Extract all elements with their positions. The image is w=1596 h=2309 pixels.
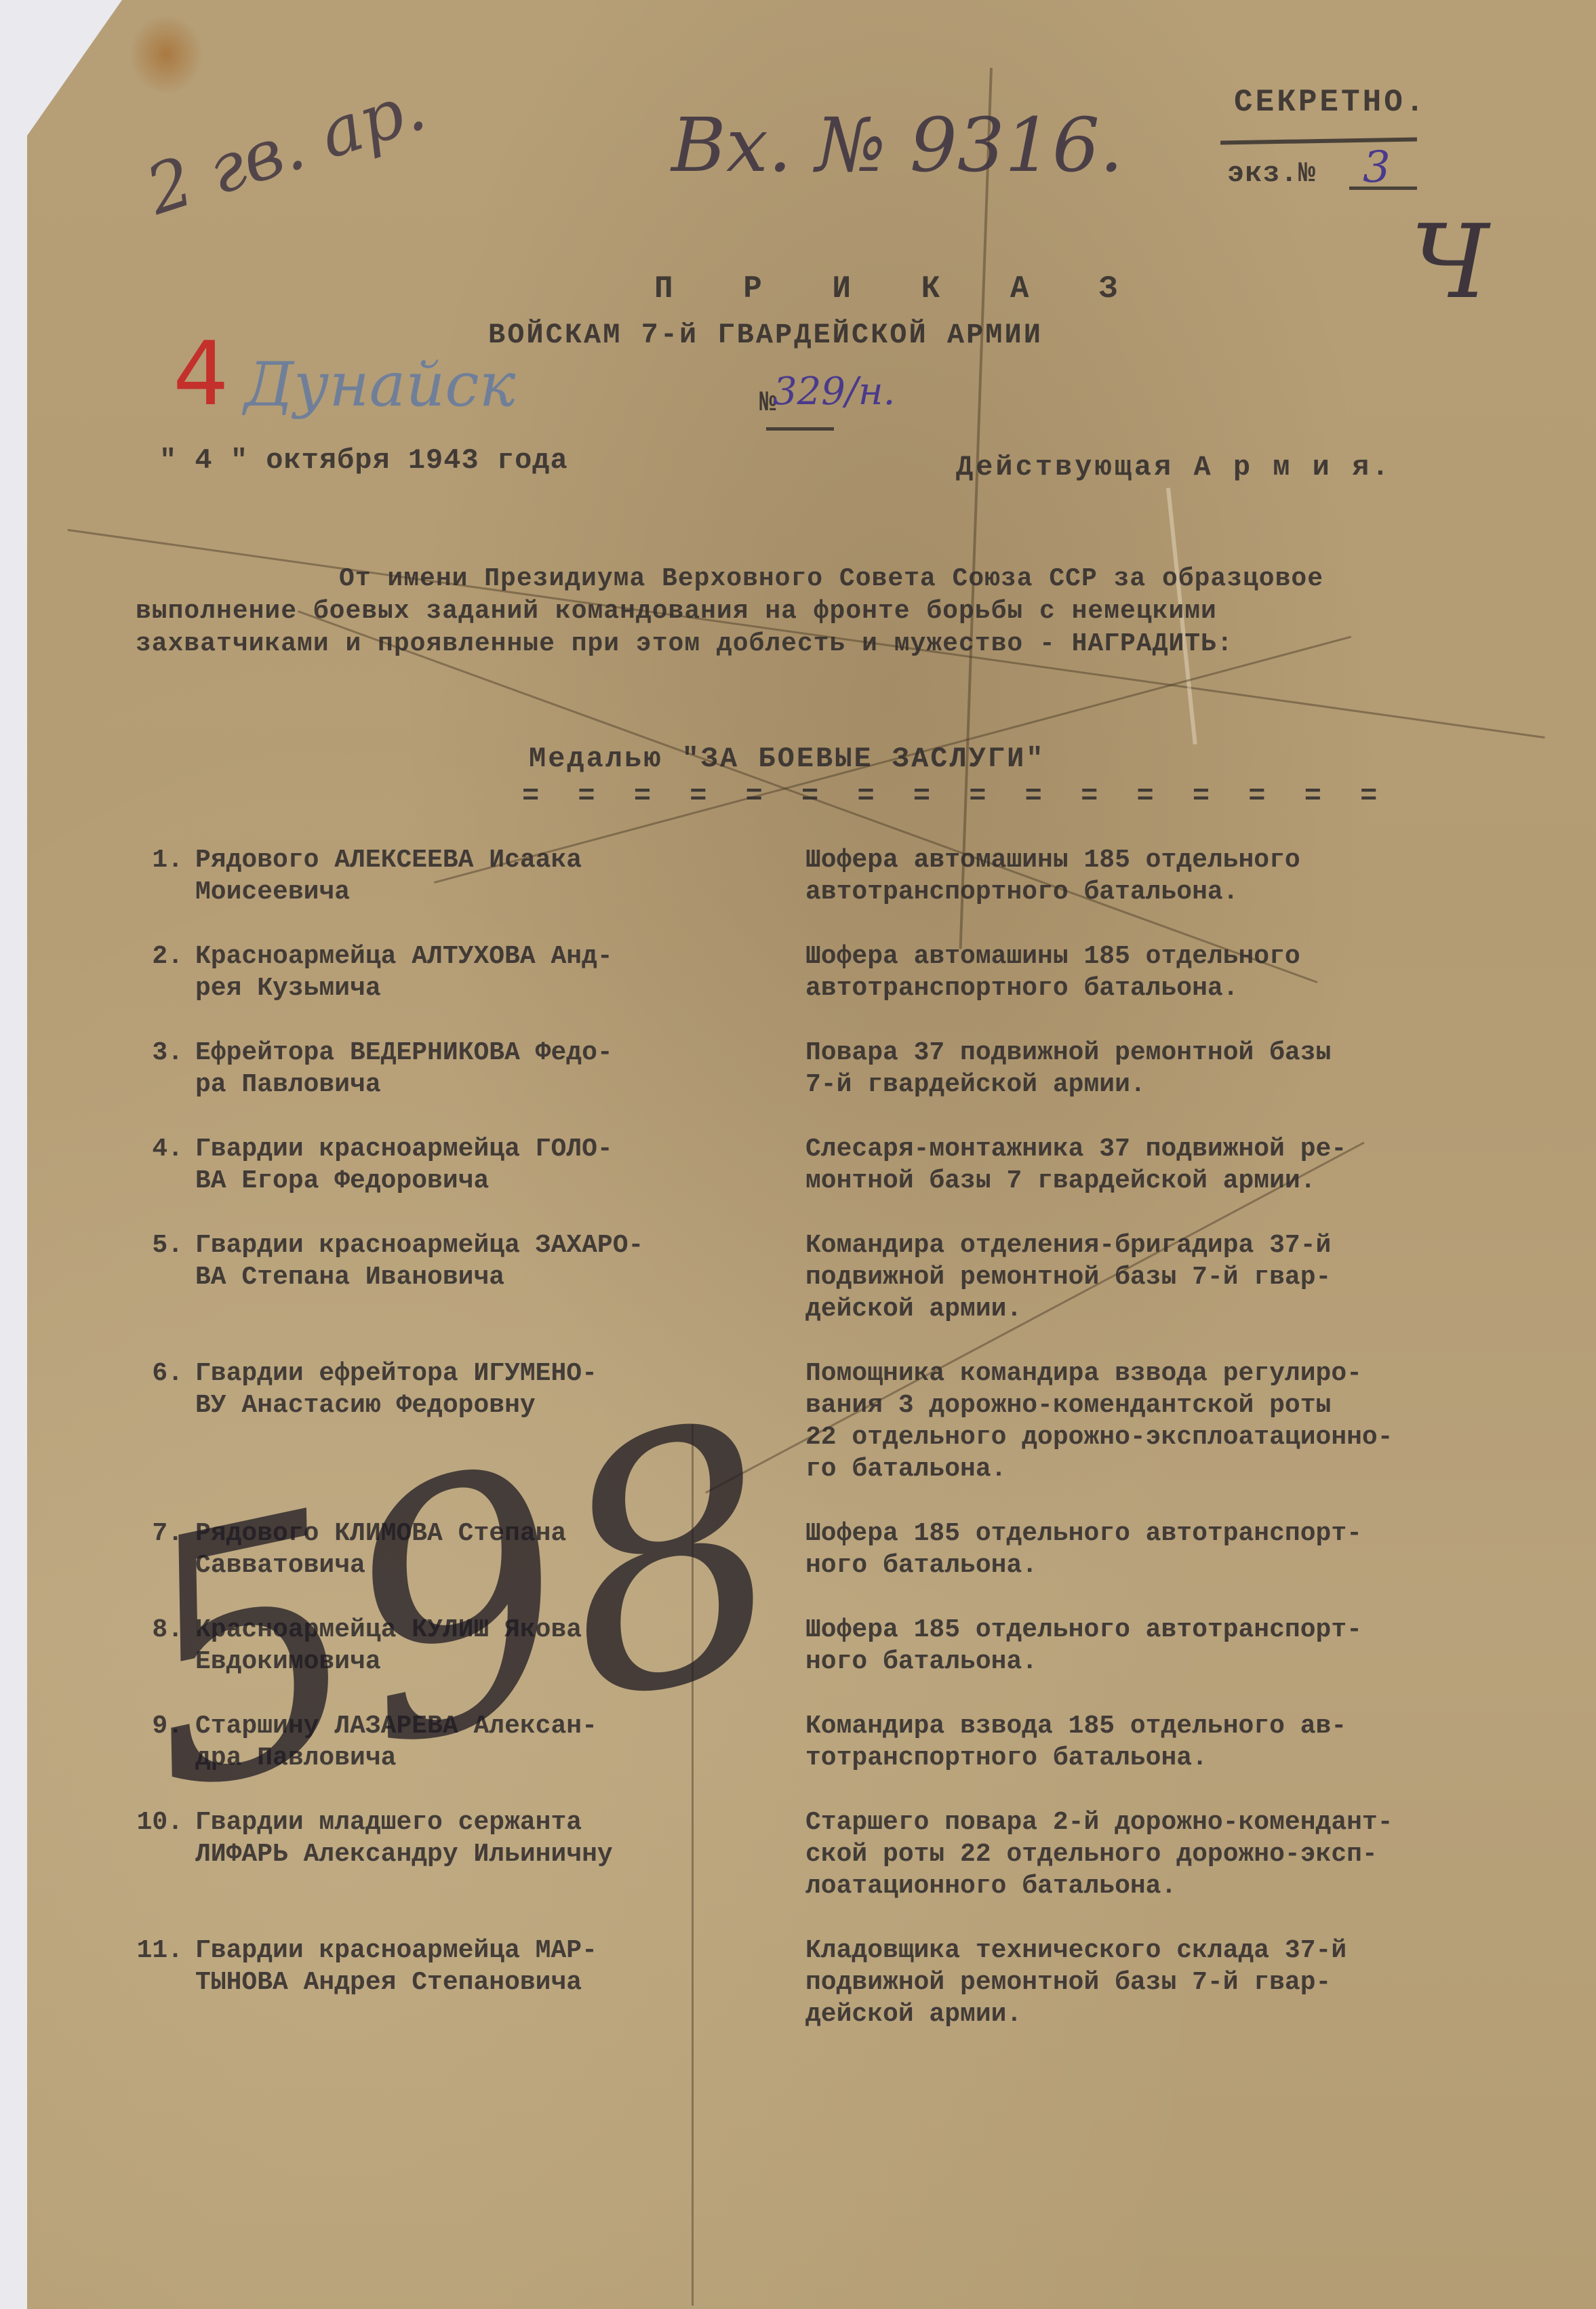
awardee-number: 4. — [102, 1133, 195, 1197]
preamble-line: захватчиками и проявленные при этом добл… — [136, 628, 1546, 660]
awardee-row: 2. Красноармейца АЛТУХОВА Анд- рея Кузьм… — [102, 941, 1525, 1004]
handwritten-incoming-number: Вх. № 9316. — [671, 102, 1123, 189]
medal-heading-underline: = = = = = = = = = = = = = = = = — [522, 780, 1388, 812]
awardee-row: 1. Рядового АЛЕКСЕЕВА Исаака Моисеевича … — [102, 844, 1525, 908]
awardee-position: Шофера 185 отдельного автотранспорт- ног… — [805, 1614, 1517, 1678]
awardee-number: 3. — [102, 1037, 195, 1101]
awardee-position: Старшего повара 2-й дорожно-комендант- с… — [805, 1807, 1517, 1902]
order-date: " 4 " октября 1943 года — [159, 444, 568, 477]
awardee-name: Рядового АЛЕКСЕЕВА Исаака Моисеевича — [195, 844, 805, 908]
awardee-row: 4. Гвардии красноармейца ГОЛО- ВА Егора … — [102, 1133, 1525, 1197]
awardee-row: 5. Гвардии красноармейца ЗАХАРО- ВА Степ… — [102, 1229, 1525, 1325]
awardee-position: Помощника командира взвода регулиро- ван… — [805, 1358, 1517, 1485]
awardee-position: Слесаря-монтажника 37 подвижной ре- монт… — [805, 1133, 1517, 1197]
awardee-number: 11. — [102, 1935, 195, 2030]
medal-heading: Медалью "ЗА БОЕВЫЕ ЗАСЛУГИ" — [529, 743, 1045, 775]
rust-stain — [129, 14, 203, 95]
awardee-name: Гвардии красноармейца ЗАХАРО- ВА Степана… — [195, 1229, 805, 1325]
classification-stamp: СЕКРЕТНО. — [1234, 85, 1427, 120]
crease — [959, 68, 993, 949]
order-title: П Р И К А З — [654, 271, 1144, 307]
copy-label: экз.№ — [1227, 157, 1316, 190]
awardee-row: 3. Ефрейтора ВЕДЕРНИКОВА Федо- ра Павлов… — [102, 1037, 1525, 1101]
awardee-position: Командира отделения-бригадира 37-й подви… — [805, 1229, 1517, 1325]
blue-pencil-annotation: Дунайск — [244, 349, 515, 420]
awardee-name: Ефрейтора ВЕДЕРНИКОВА Федо- ра Павловича — [195, 1037, 805, 1101]
awardee-position: Командира взвода 185 отдельного ав- тотр… — [805, 1710, 1517, 1774]
awardee-name: Гвардии красноармейца ГОЛО- ВА Егора Фед… — [195, 1133, 805, 1197]
red-pencil-day: 4 — [173, 322, 229, 425]
awardee-row: 11. Гвардии красноармейца МАР- ТЫНОВА Ан… — [102, 1935, 1525, 2030]
awardee-position: Шофера автомашины 185 отдельного автотра… — [805, 941, 1517, 1004]
awardee-number: 2. — [102, 941, 195, 1004]
awardee-position: Кладовщика технического склада 37-й подв… — [805, 1935, 1517, 2030]
copy-number: 3 — [1363, 142, 1391, 193]
order-place: Действующая А р м и я. — [956, 451, 1392, 483]
awardee-position: Шофера 185 отдельного автотранспорт- ног… — [805, 1518, 1517, 1581]
awardee-number: 1. — [102, 844, 195, 908]
preamble-line: От имени Президиума Верховного Совета Со… — [136, 563, 1546, 595]
copy-number-underline — [1349, 186, 1417, 190]
awardee-name: Гвардии красноармейца МАР- ТЫНОВА Андрея… — [195, 1935, 805, 2030]
preamble-line: выполнение боевых заданий командования н… — [136, 595, 1546, 628]
order-number: 329/н. — [773, 370, 895, 414]
order-subtitle: ВОЙСКАМ 7-й ГВАРДЕЙСКОЙ АРМИИ — [488, 319, 1043, 351]
order-number-underline — [766, 427, 834, 431]
awardee-number: 5. — [102, 1229, 195, 1325]
awardee-name: Красноармейца АЛТУХОВА Анд- рея Кузьмича — [195, 941, 805, 1004]
preamble: От имени Президиума Верховного Совета Со… — [136, 563, 1546, 660]
awardee-position: Шофера автомашины 185 отдельного автотра… — [805, 844, 1517, 908]
awardee-position: Повара 37 подвижной ремонтной базы 7-й г… — [805, 1037, 1517, 1101]
handwritten-signature-mark: Ч — [1410, 203, 1489, 321]
